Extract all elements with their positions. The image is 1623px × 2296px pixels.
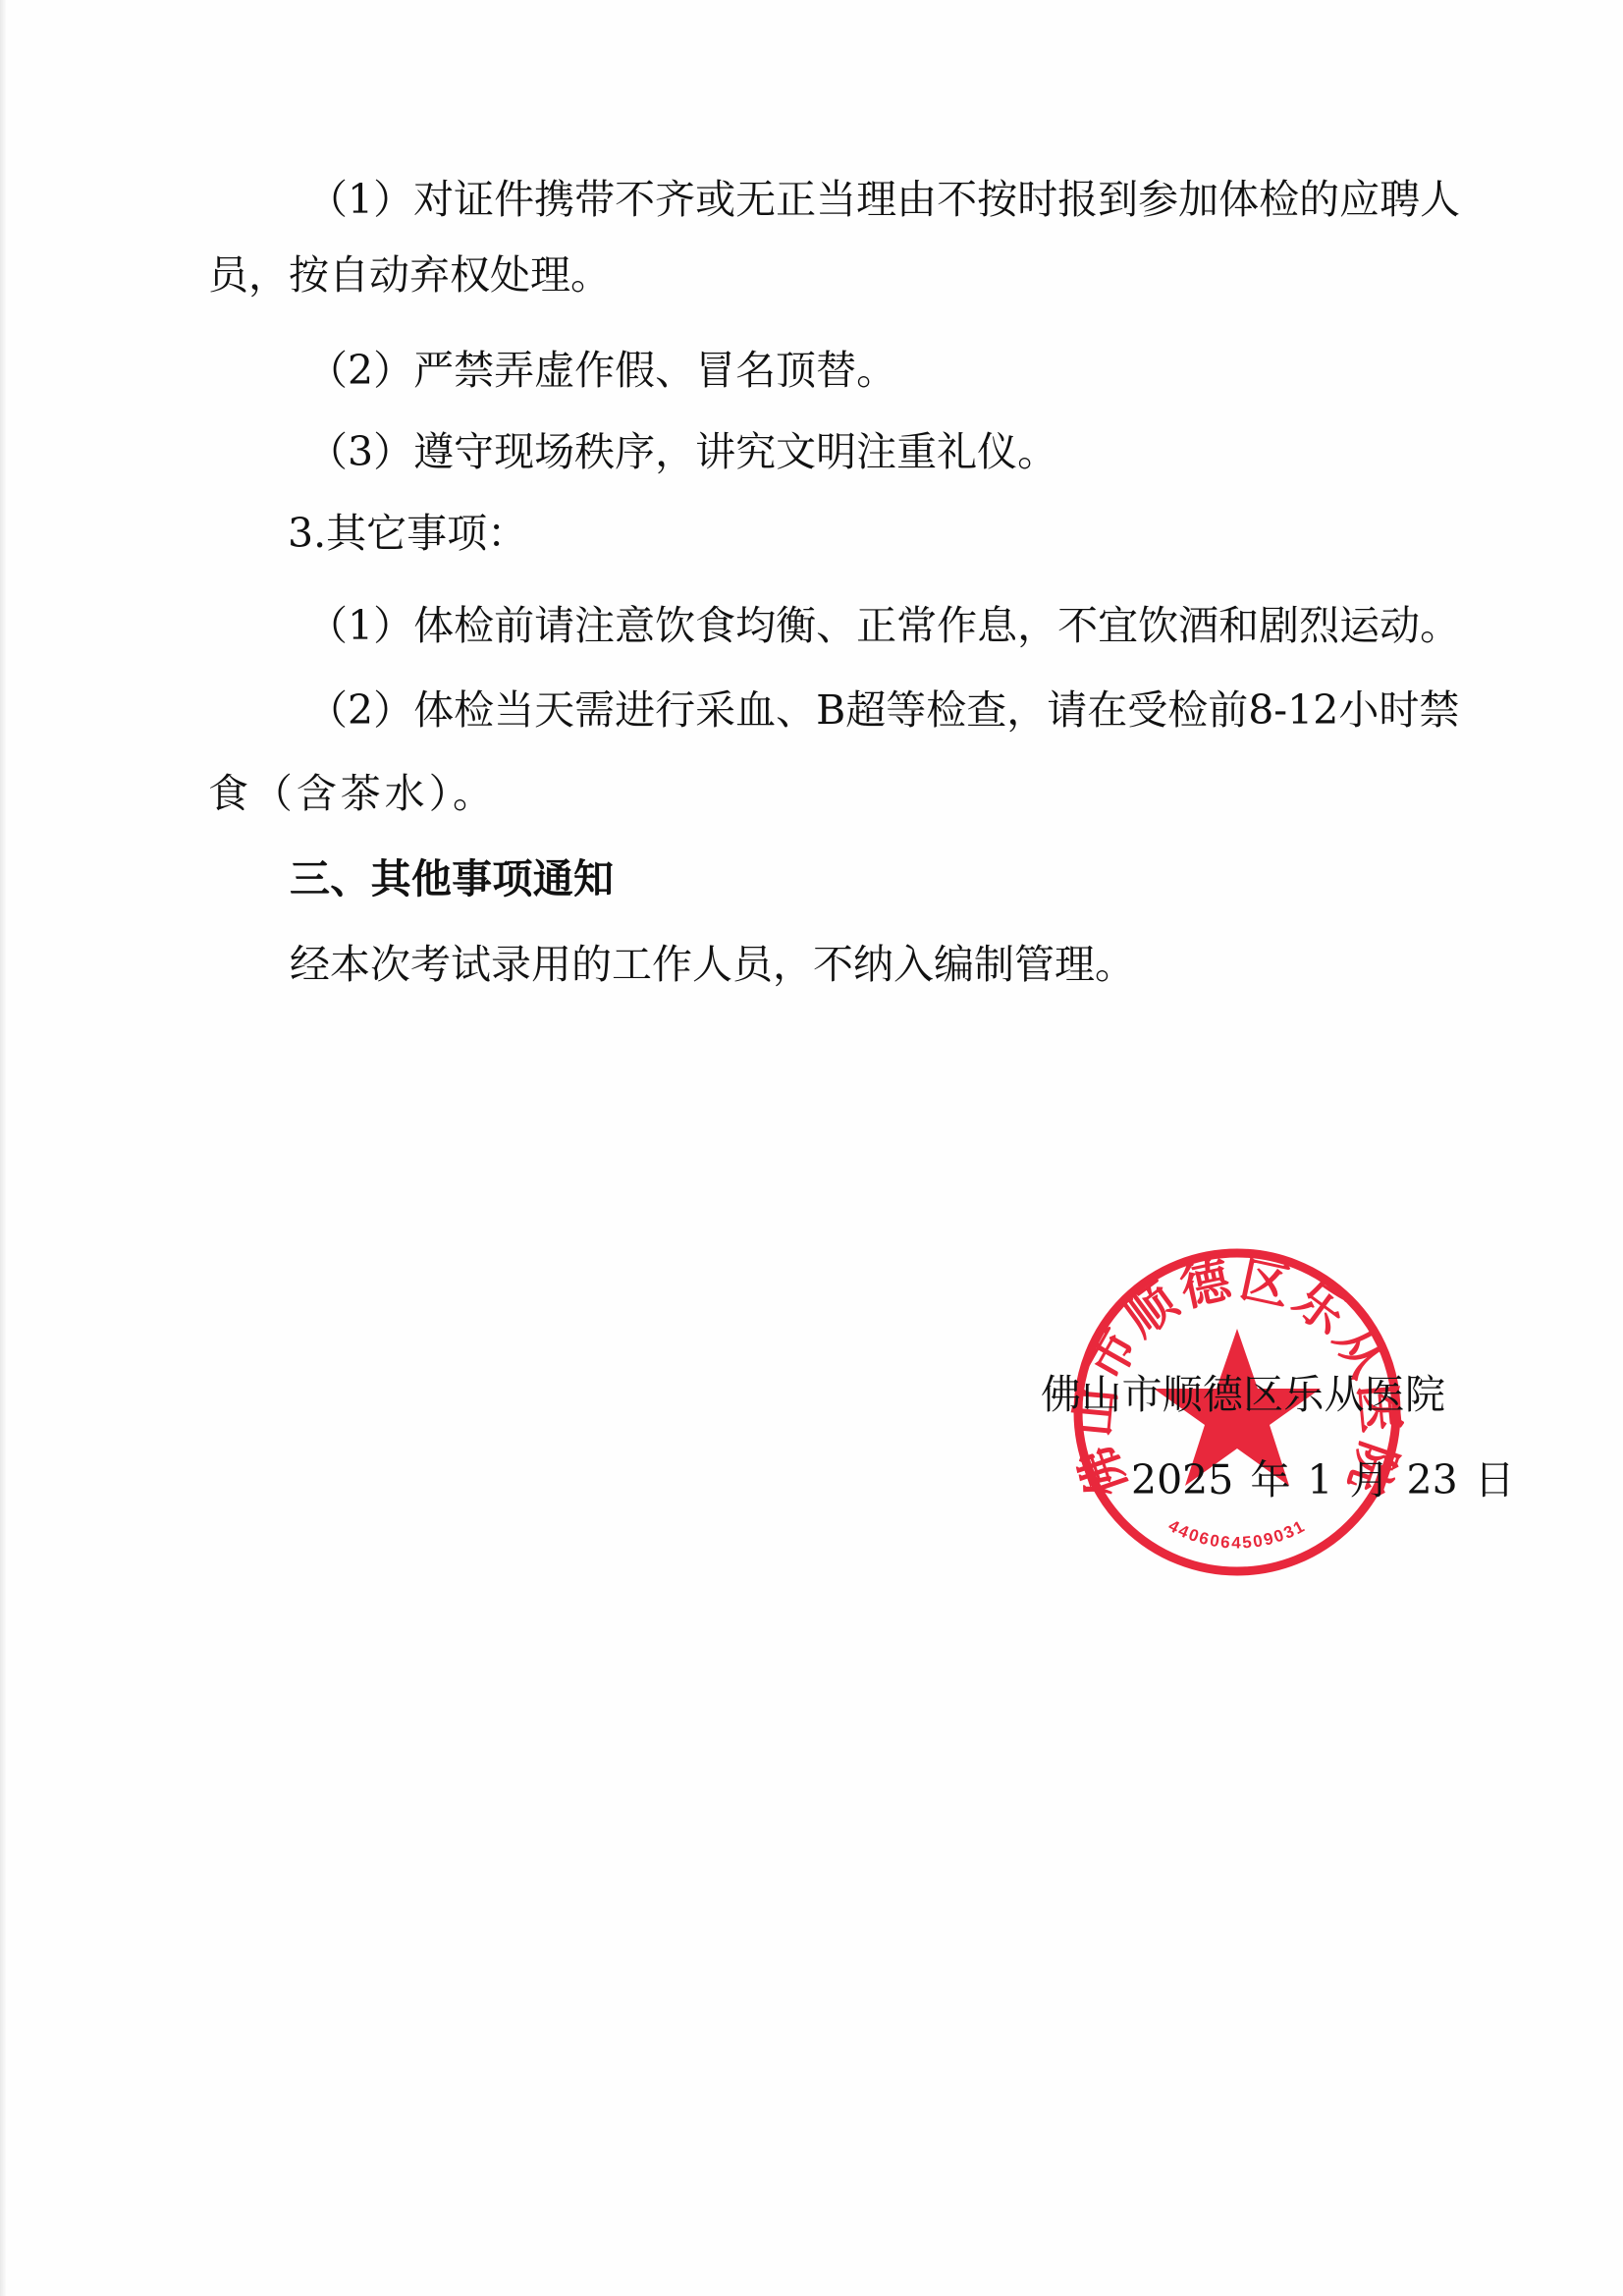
other-item-2-line-1: （2）体检当天需进行采血、B超等检查，请在受检前8-12小时禁 bbox=[307, 686, 1446, 734]
scan-edge bbox=[0, 0, 6, 2296]
other-item-2-line-2: 食（含茶水）。 bbox=[208, 770, 493, 817]
section-heading-other-notices: 三、其他事项通知 bbox=[290, 855, 614, 902]
section-3-title: 3.其它事项： bbox=[288, 510, 514, 557]
rule-1-line-1: （1）对证件携带不齐或无正当理由不按时报到参加体检的应聘人 bbox=[307, 176, 1448, 223]
seal-code: 4406064509031 bbox=[1165, 1516, 1309, 1553]
signature-organization: 佛山市顺德区乐从医院 bbox=[1041, 1371, 1445, 1418]
rule-3: （3）遵守现场秩序，讲究文明注重礼仪。 bbox=[307, 428, 1016, 475]
rule-2: （2）严禁弄虚作假、冒名顶替。 bbox=[307, 347, 857, 394]
signature-date: 2025 年 1 月 23 日 bbox=[1131, 1456, 1441, 1503]
rule-1-line-2: 员，按自动弃权处理。 bbox=[208, 251, 571, 299]
document-page: （1）对证件携带不齐或无正当理由不按时报到参加体检的应聘人 员，按自动弃权处理。… bbox=[0, 0, 1623, 2296]
other-item-1: （1）体检前请注意饮食均衡、正常作息，不宜饮酒和剧烈运动。 bbox=[307, 602, 1438, 649]
notice-text: 经本次考试录用的工作人员，不纳入编制管理。 bbox=[290, 941, 1132, 988]
